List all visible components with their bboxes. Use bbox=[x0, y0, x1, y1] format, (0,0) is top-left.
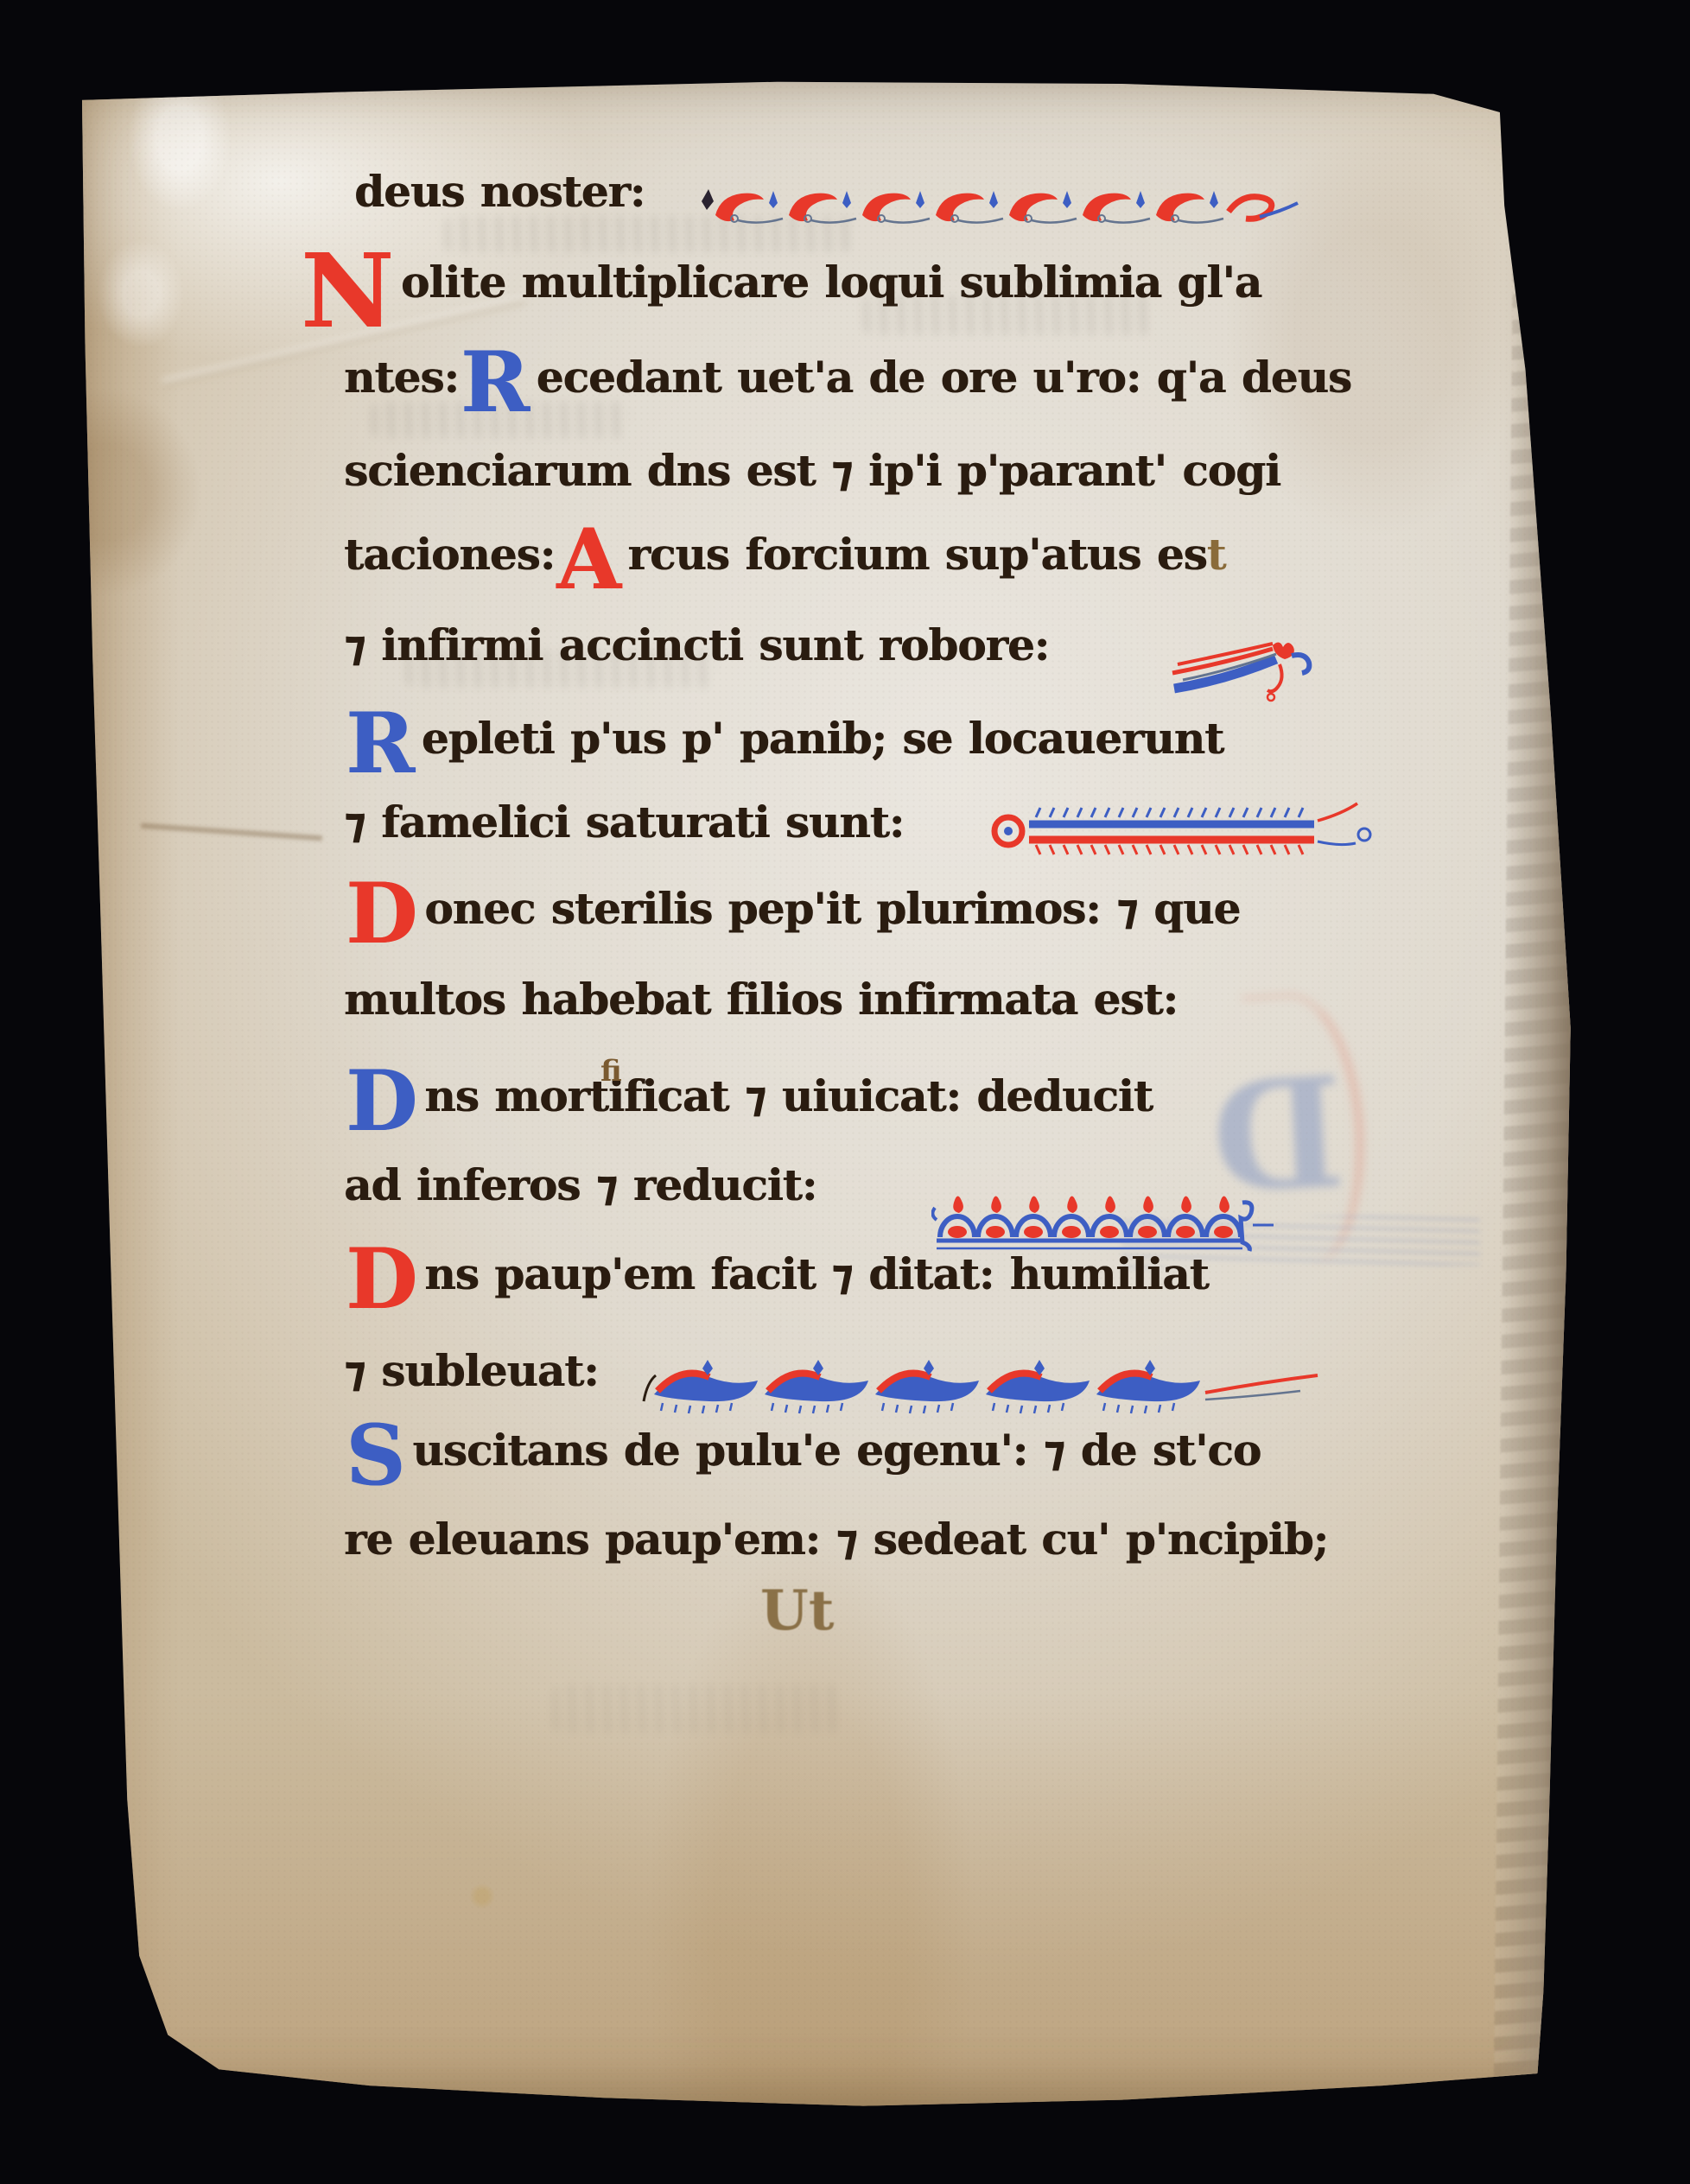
line-text: onec sterilis pep'it plurimos: ⁊ que bbox=[424, 883, 1240, 934]
line-text: rcus forcium sup'atus es bbox=[628, 529, 1207, 580]
illuminated-initial: D bbox=[346, 865, 417, 962]
line-text: taciones: bbox=[344, 529, 555, 580]
illuminated-initial: A bbox=[556, 511, 620, 608]
line-text: multos habebat filios infirmata est: bbox=[344, 974, 1178, 1025]
manuscript-line: deus noster: bbox=[354, 152, 645, 232]
manuscript-line: re eleuans paup'em: ⁊ sedeat cu' p'ncipi… bbox=[344, 1500, 1328, 1579]
line-text: re eleuans paup'em: ⁊ sedeat cu' p'ncipi… bbox=[344, 1514, 1328, 1565]
manuscript-line: Dns paup'em facit ⁊ ditat: humiliat bbox=[344, 1235, 1209, 1314]
manuscript-line: ad inferos ⁊ reducit: bbox=[344, 1146, 816, 1225]
illuminated-initial: R bbox=[461, 333, 530, 431]
manuscript-line: ntes:Recedant uet'a de ore u'ro: q'a deu… bbox=[344, 338, 1351, 417]
photo-backdrop: D deus noster: Nolite multiplicare loqui… bbox=[0, 0, 1690, 2184]
manuscript-line: scienciarum dns est ⁊ ip'i p'parant' cog… bbox=[344, 431, 1280, 511]
line-text: deus noster: bbox=[354, 166, 645, 217]
scribal-correction: t bbox=[1207, 529, 1226, 580]
line-text: ns mortificat ⁊ uiuicat: deducit bbox=[424, 1070, 1153, 1121]
line-text: ⁊ infirmi accincti sunt robore: bbox=[344, 619, 1049, 670]
line-text: scienciarum dns est ⁊ ip'i p'parant' cog… bbox=[344, 445, 1280, 496]
illuminated-initial: R bbox=[346, 695, 415, 792]
illuminated-initial: D bbox=[346, 1230, 417, 1328]
show-through-smudge bbox=[553, 1685, 838, 1733]
manuscript-line: Nolite multiplicare loqui sublimia gl'a bbox=[344, 243, 1261, 322]
catchword: Ut bbox=[760, 1584, 834, 1639]
line-text: epleti p'us p' panib; se locauerunt bbox=[422, 713, 1223, 764]
illuminated-initial: D bbox=[346, 1052, 417, 1150]
line-text: ad inferos ⁊ reducit: bbox=[344, 1159, 816, 1210]
line-text: uscitans de pulu'e egenu': ⁊ de st'co bbox=[412, 1425, 1261, 1476]
manuscript-line: multos habebat filios infirmata est: bbox=[344, 960, 1178, 1039]
manuscript-line: Donec sterilis pep'it plurimos: ⁊ que bbox=[344, 869, 1240, 949]
line-text: olite multiplicare loqui sublimia gl'a bbox=[401, 257, 1261, 308]
manuscript-line: ⁊ subleuat: bbox=[344, 1331, 599, 1411]
line-text: ⁊ subleuat: bbox=[344, 1345, 599, 1396]
line-text: ecedant uet'a de ore u'ro: q'a deus bbox=[537, 352, 1351, 403]
manuscript-line: Suscitans de pulu'e egenu': ⁊ de st'co bbox=[344, 1411, 1261, 1490]
line-filler-caterpillar-icon bbox=[988, 788, 1376, 867]
line-filler-wave-icon bbox=[700, 186, 1313, 229]
line-text: ns paup'em facit ⁊ ditat: humiliat bbox=[424, 1248, 1208, 1299]
manuscript-line: ⁊ famelici saturati sunt: bbox=[344, 783, 904, 862]
interlinear-correction: fi bbox=[600, 1057, 622, 1086]
manuscript-line: ⁊ infirmi accincti sunt robore: bbox=[344, 606, 1049, 685]
manuscript-line: Dns mortificat ⁊ uiuicat: deducit fi bbox=[344, 1057, 1153, 1136]
line-text: ⁊ famelici saturati sunt: bbox=[344, 797, 904, 848]
manuscript-line: taciones:Arcus forcium sup'atus est bbox=[344, 515, 1226, 594]
illuminated-initial: N bbox=[301, 231, 394, 351]
line-text: ntes: bbox=[344, 352, 459, 403]
manuscript-line: Repleti p'us p' panib; se locauerunt bbox=[344, 699, 1223, 778]
illuminated-initial: S bbox=[346, 1406, 405, 1504]
